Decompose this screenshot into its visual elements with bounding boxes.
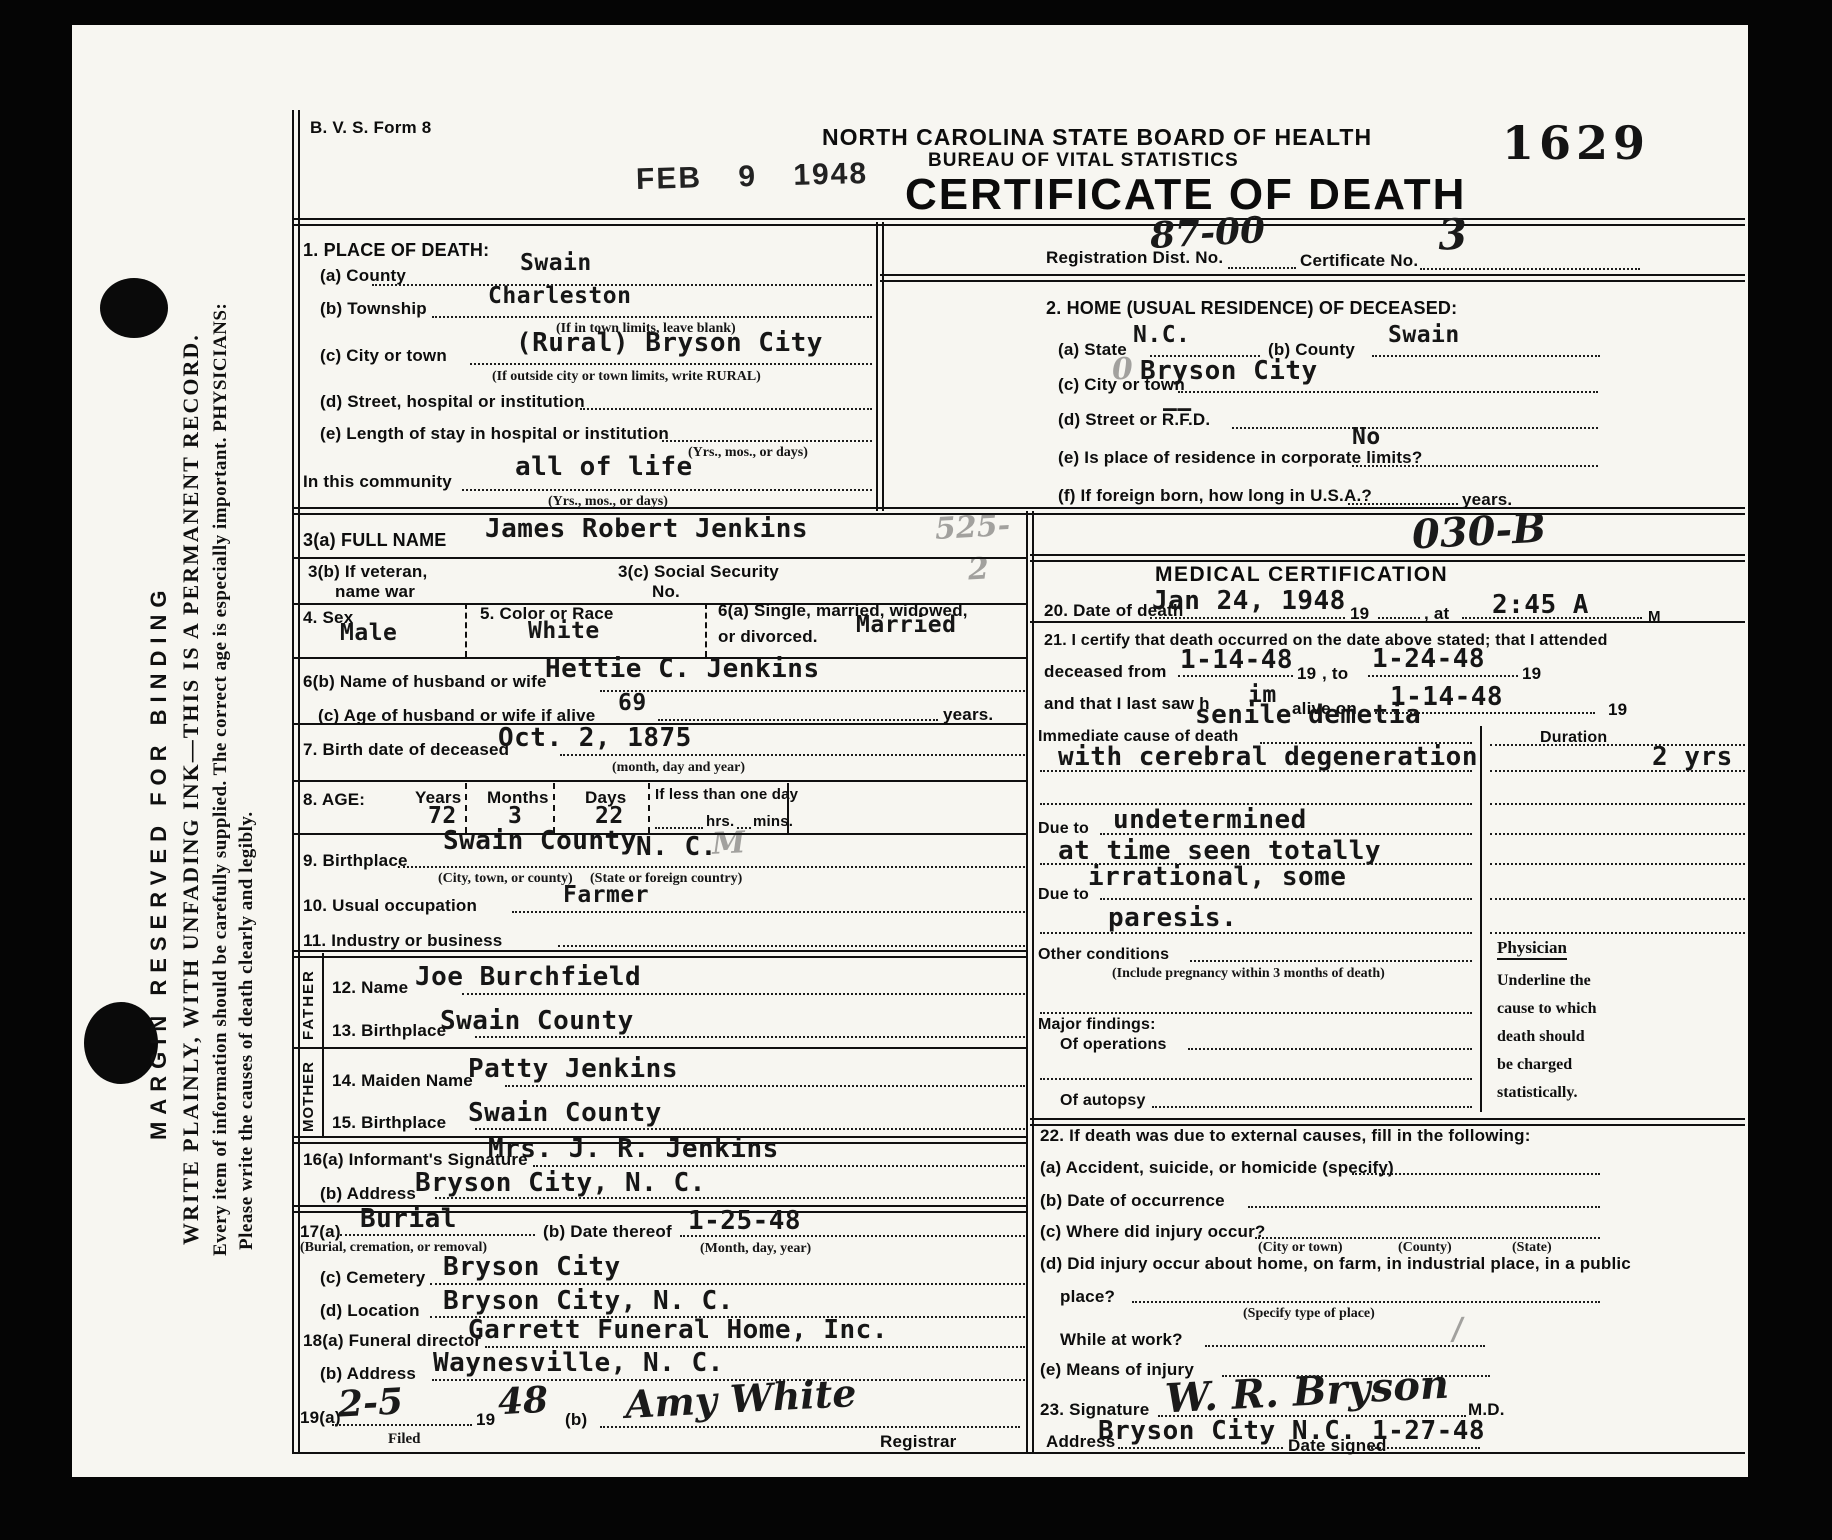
street-hospital-line [580, 408, 872, 410]
date-of-death-at: , at [1424, 604, 1449, 624]
org-name-line2: BUREAU OF VITAL STATISTICS [928, 150, 1239, 172]
physician-strip-line5: be charged [1497, 1056, 1572, 1074]
informant-address-line [435, 1197, 1025, 1199]
other-conditions-line [1190, 960, 1472, 962]
where-injury-line [1255, 1237, 1600, 1239]
mother-strip-divider [322, 1047, 324, 1136]
age-hrs-line [655, 827, 703, 829]
father-name-value: Joe Burchfield [415, 962, 641, 992]
registrar-caption: Registrar [880, 1432, 956, 1452]
birthplace-label: 9. Birthplace [303, 851, 408, 871]
corporate-limits-value: No [1352, 424, 1381, 450]
due-to-1-line [1100, 833, 1472, 835]
mother-birthplace-value: Swain County [468, 1098, 662, 1128]
veteran-label-line2: name war [335, 582, 415, 602]
sex-value: Male [340, 620, 397, 646]
spouse-age-value: 69 [618, 690, 647, 716]
fullname-band-bottom-rule [292, 557, 1028, 559]
father-birthplace-value: Swain County [440, 1006, 634, 1036]
duration-column-divider [1480, 726, 1482, 1112]
disposal-date-line [680, 1235, 1025, 1237]
foreign-born-line [1348, 503, 1458, 505]
attended-to-line [1368, 675, 1518, 677]
mother-band-top-rule [292, 1047, 1028, 1049]
pencil-mark-name: 525- [934, 508, 1011, 547]
informant-signature-line [533, 1165, 1025, 1167]
form-bottom-rule [292, 1452, 1745, 1454]
home-state-value: N.C. [1133, 322, 1190, 348]
of-autopsy-label: Of autopsy [1060, 1092, 1146, 1110]
birth-date-note: (month, day and year) [612, 760, 745, 776]
spouse-age-suffix: years. [943, 705, 993, 725]
duration-value: 2 yrs [1652, 742, 1733, 772]
certify-statement: 21. I certify that death occurred on the… [1044, 632, 1608, 650]
last-saw-year: 19 [1608, 700, 1627, 720]
injury-place-line [1132, 1301, 1600, 1303]
age-less-than-day-label: If less than one day [655, 786, 798, 803]
home-city-line [1178, 391, 1598, 393]
home-city-value: Bryson City [1140, 356, 1318, 386]
attended-to-value: 1-24-48 [1372, 644, 1485, 674]
of-operations-label: Of operations [1060, 1036, 1167, 1054]
father-birthplace-line [475, 1036, 1025, 1038]
funeral-address-value: Waynesville, N. C. [433, 1348, 724, 1378]
accident-label: (a) Accident, suicide, or homicide (spec… [1040, 1158, 1394, 1178]
duration-line-4 [1490, 863, 1745, 865]
filed-date-line [332, 1424, 472, 1426]
industry-label: 11. Industry or business [303, 931, 502, 951]
margin-causes-text: Please write the causes of death clearly… [236, 811, 258, 1250]
date-of-death-year-prefix: 19 [1350, 604, 1369, 624]
immediate-cause-line2 [1040, 770, 1472, 772]
injury-place-label-line1: (d) Did injury occur about home, on farm… [1040, 1254, 1631, 1274]
father-name-line [462, 993, 1025, 995]
due-to-2-value: paresis. [1108, 903, 1237, 933]
date-signed-value: 1-27-48 [1372, 1416, 1485, 1446]
due-to-1-value-line1: undetermined [1113, 805, 1307, 835]
accident-line [1352, 1173, 1600, 1175]
of-autopsy-line [1152, 1106, 1472, 1108]
race-value: White [528, 618, 600, 644]
duration-line-5 [1490, 898, 1745, 900]
birthdate-row-rule [292, 780, 1028, 782]
time-of-death-value: 2:45 A [1492, 590, 1589, 620]
father-band-top-rule [292, 950, 1028, 958]
due-to-2-bottom-line [1040, 932, 1472, 934]
home-county-value: Swain [1388, 322, 1460, 348]
pencil-mark-birthplace: M [711, 825, 746, 862]
certificate-serial-number: 1629 [1502, 116, 1650, 170]
registration-band-rule [880, 274, 1745, 282]
birthplace-city-value: Swain County [443, 826, 637, 856]
external-causes-heading: 22. If death was due to external causes,… [1040, 1126, 1531, 1146]
filed-caption: Filed [388, 1431, 421, 1448]
marital-value: Married [856, 612, 956, 638]
disposal-label: 17(a) [300, 1222, 341, 1242]
physician-strip-line6: statistically. [1497, 1084, 1577, 1102]
disposal-date-value: 1-25-48 [688, 1206, 801, 1236]
home-of-deceased-heading: 2. HOME (USUAL RESIDENCE) OF DECEASED: [1046, 298, 1457, 319]
cause-of-death-line2: with cerebral degeneration [1058, 742, 1478, 772]
certificate-no-line [1420, 268, 1640, 270]
city-or-town-note: (If outside city or town limits, write R… [492, 369, 761, 385]
township-line [432, 316, 872, 318]
cemetery-location-label: (d) Location [320, 1301, 420, 1321]
mother-name-value: Patty Jenkins [468, 1054, 678, 1084]
time-of-death-meridiem: M [1648, 608, 1661, 625]
attended-from-value: 1-14-48 [1180, 645, 1293, 675]
margin-permanent-record-text: WRITE PLAINLY, WITH UNFADING INK—THIS IS… [178, 333, 204, 1245]
birthplace-state-value: N. C. [636, 832, 717, 862]
foreign-born-label: (f) If foreign born, how long in U.S.A.? [1058, 486, 1372, 506]
certificate-no-value: 3 [1437, 209, 1469, 259]
filed-year-prefix: 19 [476, 1410, 495, 1430]
date-of-occurrence-line [1248, 1206, 1600, 1208]
date-of-death-rule [1030, 621, 1745, 623]
registration-district-value: 87-00 [1149, 209, 1266, 257]
length-of-stay-note: (Yrs., mos., or days) [688, 445, 808, 461]
birth-date-value: Oct. 2, 1875 [498, 723, 692, 753]
duration-line-2 [1490, 803, 1745, 805]
registration-district-line [1228, 267, 1296, 269]
place-of-death-heading: 1. PLACE OF DEATH: [303, 240, 489, 261]
home-county-line [1372, 355, 1600, 357]
ssn-label-line2: No. [652, 582, 680, 602]
home-state-label: (a) State [1058, 340, 1127, 360]
file-code-value: 030-B [1411, 505, 1547, 559]
county-label: (a) County [320, 266, 406, 286]
spouse-age-line [658, 719, 938, 721]
mother-name-label: 14. Maiden Name [332, 1071, 473, 1091]
city-or-town-line [470, 363, 872, 365]
attended-from-label: deceased from [1044, 662, 1167, 682]
corporate-limits-line [1352, 465, 1598, 467]
in-this-community-value: all of life [515, 452, 693, 482]
birth-date-label: 7. Birth date of deceased [303, 740, 509, 760]
physician-strip-line2: Underline the [1497, 972, 1591, 990]
occupation-label: 10. Usual occupation [303, 896, 477, 916]
findings-top-line [1040, 1012, 1472, 1014]
certificate-no-label: Certificate No. [1300, 251, 1418, 271]
duration-line-3 [1490, 833, 1745, 835]
mother-birthplace-line [475, 1128, 1025, 1130]
in-this-community-label: In this community [303, 472, 452, 492]
pencil-mark-work: ∕ [1451, 1312, 1464, 1348]
disposal-value: Burial [360, 1204, 457, 1234]
disposal-line [340, 1234, 535, 1236]
punch-hole-top [100, 278, 168, 338]
duration-line-1 [1490, 770, 1745, 772]
of-operations-line [1188, 1048, 1472, 1050]
where-injury-label: (c) Where did injury occur? [1040, 1222, 1265, 1242]
disposal-date-note: (Month, day, year) [700, 1241, 811, 1257]
margin-binding-text: MARGIN RESERVED FOR BINDING [146, 583, 172, 1140]
full-name-label: 3(a) FULL NAME [303, 530, 446, 551]
city-or-town-label: (c) City or town [320, 346, 447, 366]
race-marital-divider [705, 603, 707, 657]
full-name-value: James Robert Jenkins [485, 514, 808, 544]
form-number: B. V. S. Form 8 [310, 118, 431, 138]
registrar-signature-line [600, 1426, 1020, 1428]
cause-of-death-line1: senile demetia [1195, 700, 1421, 730]
injury-place-note: (Specify type of place) [1243, 1306, 1375, 1322]
attended-from-year: 19 [1297, 664, 1316, 684]
attended-from-line [1178, 675, 1293, 677]
father-section-label: FATHER [300, 969, 317, 1040]
funeral-director-value: Garrett Funeral Home, Inc. [468, 1315, 888, 1345]
org-name-line1: NORTH CAROLINA STATE BOARD OF HEALTH [822, 124, 1372, 151]
other-conditions-note: (Include pregnancy within 3 months of de… [1112, 966, 1385, 982]
filed-date-value: 2-5 [337, 1380, 404, 1425]
cemetery-line [430, 1283, 1025, 1285]
date-of-death-line [1150, 617, 1345, 619]
length-of-stay-label: (e) Length of stay in hospital or instit… [320, 424, 669, 444]
duration-line-6 [1490, 932, 1745, 934]
city-or-town-value: (Rural) Bryson City [516, 328, 823, 358]
home-street-line [1232, 427, 1598, 429]
date-of-death-value: Jan 24, 1948 [1152, 586, 1346, 616]
father-strip-divider [322, 953, 324, 1047]
veteran-label-line1: 3(b) If veteran, [308, 562, 427, 582]
received-date-stamp: FEB 9 1948 [636, 157, 869, 197]
marital-label-line2: or divorced. [718, 627, 818, 647]
length-of-stay-line [662, 440, 872, 442]
physician-strip-line3: cause to which [1497, 1000, 1597, 1018]
major-findings-label: Major findings: [1038, 1016, 1156, 1034]
last-saw-label: and that I last saw h [1044, 694, 1210, 714]
in-this-community-note: (Yrs., mos., or days) [548, 494, 668, 510]
injury-place-label-line2: place? [1060, 1287, 1115, 1307]
sex-race-divider [465, 603, 467, 657]
medical-certification-heading: MEDICAL CERTIFICATION [1155, 563, 1448, 587]
father-name-label: 12. Name [332, 978, 408, 998]
physician-strip-line4: death should [1497, 1028, 1585, 1046]
spouse-name-line [600, 690, 1025, 692]
due-to-2-label: Due to [1038, 886, 1089, 904]
age-label: 8. AGE: [303, 790, 365, 810]
informant-signature-value: Mrs. J. R. Jenkins [488, 1134, 779, 1164]
date-signed-line [1368, 1447, 1480, 1449]
birth-date-line [560, 754, 1025, 756]
due-to-1-value-line3: irrational, some [1088, 862, 1346, 892]
attended-to-label: , to [1322, 664, 1348, 684]
column-divider-lower [1026, 511, 1034, 1452]
filed-year-value: 48 [497, 1379, 549, 1424]
while-at-work-line [1205, 1345, 1485, 1347]
birthplace-line [398, 866, 1025, 868]
mother-name-line [505, 1085, 1025, 1087]
spouse-name-label: 6(b) Name of husband or wife [303, 672, 547, 692]
father-birthplace-label: 13. Birthplace [332, 1021, 446, 1041]
attended-to-year: 19 [1522, 664, 1541, 684]
informant-address-value: Bryson City, N. C. [415, 1168, 706, 1198]
spouse-name-value: Hettie C. Jenkins [545, 654, 820, 684]
registrar-signature-label: (b) [565, 1410, 587, 1430]
industry-line [558, 945, 1025, 947]
time-of-death-line [1462, 617, 1642, 619]
street-hospital-label: (d) Street, hospital or institution [320, 392, 585, 412]
filecode-band-rule [1030, 554, 1745, 562]
column-divider-upper [876, 222, 884, 511]
township-value: Charleston [488, 283, 631, 309]
header-rule [292, 218, 1745, 226]
cemetery-location-value: Bryson City, N. C. [443, 1286, 734, 1316]
other-conditions-label: Other conditions [1038, 946, 1169, 964]
date-of-death-year-line [1378, 617, 1420, 619]
while-at-work-label: While at work? [1060, 1330, 1183, 1350]
occupation-value: Farmer [563, 882, 649, 908]
occupation-line [512, 911, 1025, 913]
birthplace-note1: (City, town, or county) [438, 871, 573, 887]
physician-strip-title: Physician [1497, 938, 1567, 960]
pencil-mark-ssn: 2 [967, 551, 990, 587]
age-box-right-border [787, 783, 789, 833]
informant-address-label: (b) Address [320, 1184, 416, 1204]
cemetery-value: Bryson City [443, 1252, 621, 1282]
mother-section-label: MOTHER [300, 1061, 317, 1132]
findings-mid-line [1040, 1078, 1472, 1080]
age-divider-3 [648, 783, 650, 833]
physician-address-line [1118, 1447, 1283, 1449]
due-to-2-line [1100, 898, 1472, 900]
ssn-label-line1: 3(c) Social Security [618, 562, 779, 582]
township-label: (b) Township [320, 299, 427, 319]
date-of-occurrence-label: (b) Date of occurrence [1040, 1191, 1225, 1211]
in-this-community-line [462, 489, 872, 491]
home-street-value: —— [1163, 396, 1192, 422]
disposal-date-label: (b) Date thereof [543, 1222, 672, 1242]
county-value: Swain [520, 250, 592, 276]
section22-top-rule [1030, 1118, 1745, 1126]
cemetery-label: (c) Cemetery [320, 1268, 425, 1288]
mother-birthplace-label: 15. Birthplace [332, 1113, 446, 1133]
margin-physicians-text: Every item of information should be care… [210, 303, 232, 1256]
